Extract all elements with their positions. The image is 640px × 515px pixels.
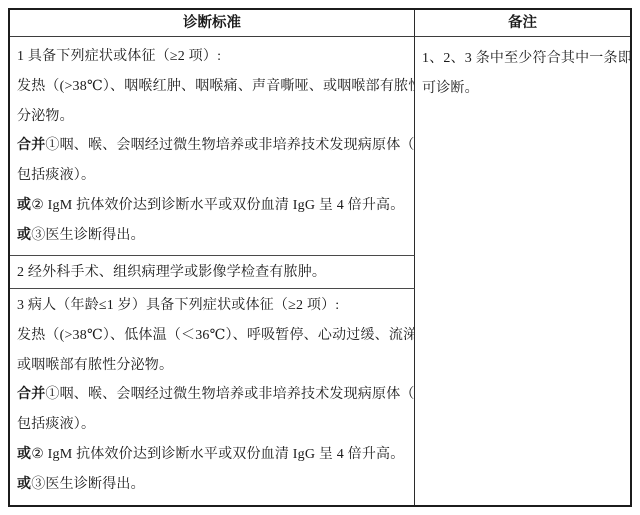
bold-prefix: 或 [17, 198, 31, 213]
line-text: 包括痰液）。 [17, 417, 95, 432]
line-text: 分泌物。 [17, 109, 74, 124]
line-text: 2 经外科手术、组织病理学或影像学检查有脓肿。 [17, 265, 326, 280]
criteria-3-line-3: 或咽喉部有脓性分泌物。 [17, 351, 408, 381]
bold-prefix: 或 [17, 228, 31, 243]
line-text: ② IgM 抗体效价达到诊断水平或双份血清 IgG 呈 4 倍升高。 [31, 198, 404, 213]
line-text: 发热（(>38℃）、咽喉红肿、咽喉痛、声音嘶哑、或咽喉部有脓性 [17, 79, 415, 94]
criteria-row-2: 2 经外科手术、组织病理学或影像学检查有脓肿。 [10, 256, 415, 289]
line-text: 3 病人（年龄≤1 岁）具备下列症状或体征（≥2 项）: [17, 298, 339, 313]
criteria-3-line-7: 或③医生诊断得出。 [17, 470, 408, 500]
line-text: ③医生诊断得出。 [31, 228, 145, 243]
criteria-3-line-2: 发热（(>38℃）、低体温（＜36℃）、呼吸暂停、心动过缓、流涕、 [17, 321, 408, 351]
criteria-1-line-7: 或③医生诊断得出。 [17, 221, 408, 251]
criteria-3-line-1: 3 病人（年龄≤1 岁）具备下列症状或体征（≥2 项）: [17, 291, 408, 321]
criteria-1-line-2: 发热（(>38℃）、咽喉红肿、咽喉痛、声音嘶哑、或咽喉部有脓性 [17, 72, 408, 102]
criteria-1-line-4: 合并①咽、喉、会咽经过微生物培养或非培养技术发现病原体（不 [17, 131, 408, 161]
bold-prefix: 合并 [17, 387, 45, 402]
criteria-1-line-5: 包括痰液）。 [17, 161, 408, 191]
bold-prefix: 或 [17, 477, 31, 492]
line-text: ② IgM 抗体效价达到诊断水平或双份血清 IgG 呈 4 倍升高。 [31, 447, 404, 462]
remark-cell: 1、2、3 条中至少符合其中一条即 可诊断。 [415, 37, 630, 505]
remark-line-1: 1、2、3 条中至少符合其中一条即 [422, 44, 624, 74]
header-label-criteria: 诊断标准 [183, 15, 241, 31]
line-text: ①咽、喉、会咽经过微生物培养或非培养技术发现病原体（不 [45, 138, 415, 153]
criteria-3-line-4: 合并①咽、喉、会咽经过微生物培养或非培养技术发现病原体（不 [17, 380, 408, 410]
diagnostic-criteria-table: 诊断标准 备注 1 具备下列症状或体征（≥2 项）: 发热（(>38℃）、咽喉红… [8, 8, 632, 507]
line-text: ①咽、喉、会咽经过微生物培养或非培养技术发现病原体（不 [45, 387, 415, 402]
header-cell-remarks: 备注 [415, 10, 630, 37]
line-text: 1、2、3 条中至少符合其中一条即 [422, 51, 630, 66]
bold-prefix: 合并 [17, 138, 45, 153]
line-text: ③医生诊断得出。 [31, 477, 145, 492]
criteria-1-line-1: 1 具备下列症状或体征（≥2 项）: [17, 42, 408, 72]
bold-prefix: 或 [17, 447, 31, 462]
criteria-row-1: 1 具备下列症状或体征（≥2 项）: 发热（(>38℃）、咽喉红肿、咽喉痛、声音… [10, 37, 415, 256]
header-cell-criteria: 诊断标准 [10, 10, 415, 37]
criteria-1-line-6: 或② IgM 抗体效价达到诊断水平或双份血清 IgG 呈 4 倍升高。 [17, 191, 408, 221]
line-text: 1 具备下列症状或体征（≥2 项）: [17, 49, 221, 64]
header-label-remarks: 备注 [508, 15, 537, 31]
line-text: 包括痰液）。 [17, 168, 95, 183]
criteria-2-line-1: 2 经外科手术、组织病理学或影像学检查有脓肿。 [17, 257, 408, 288]
remark-line-2: 可诊断。 [422, 74, 624, 104]
criteria-3-line-6: 或② IgM 抗体效价达到诊断水平或双份血清 IgG 呈 4 倍升高。 [17, 440, 408, 470]
line-text: 或咽喉部有脓性分泌物。 [17, 358, 173, 373]
line-text: 发热（(>38℃）、低体温（＜36℃）、呼吸暂停、心动过缓、流涕、 [17, 328, 415, 343]
line-text: 可诊断。 [422, 81, 479, 96]
criteria-1-line-3: 分泌物。 [17, 102, 408, 132]
criteria-row-3: 3 病人（年龄≤1 岁）具备下列症状或体征（≥2 项）: 发热（(>38℃）、低… [10, 289, 415, 505]
criteria-3-line-5: 包括痰液）。 [17, 410, 408, 440]
